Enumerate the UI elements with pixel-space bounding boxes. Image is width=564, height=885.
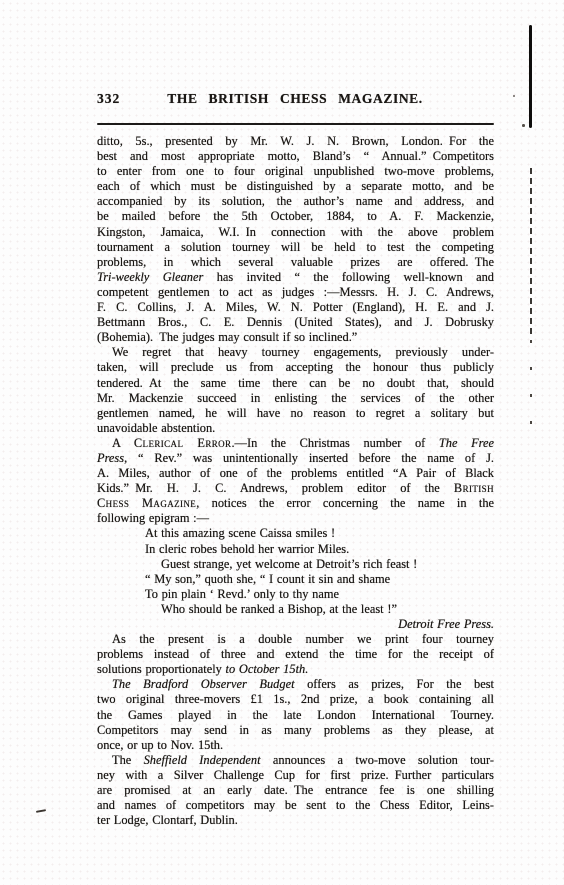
- text-line: problems, in which several valuable priz…: [97, 255, 494, 270]
- text-run: , “ Rev.” was unintentionally inserted b…: [124, 451, 494, 465]
- text-line: each of which must be distinguished by a…: [97, 179, 494, 194]
- text-run: Bettmann Bros., C. E. Dennis (United Sta…: [97, 315, 494, 329]
- text-line: Bettmann Bros., C. E. Dennis (United Sta…: [97, 315, 494, 330]
- text-run: accompanied by its solution, the author’…: [97, 194, 494, 208]
- text-run: To pin plain ‘ Revd.’ only to thy name: [145, 587, 339, 601]
- text-line: Tri-weekly Gleaner has invited “ the fol…: [97, 270, 494, 285]
- text-run: We regret that heavy tourney engagements…: [112, 345, 494, 359]
- text-line: We regret that heavy tourney engagements…: [97, 345, 494, 360]
- magazine-page: 332 THE BRITISH CHESS MAGAZINE. ditto, 5…: [0, 0, 564, 885]
- text-line: ney with a Silver Challenge Cup for firs…: [97, 768, 494, 783]
- text-line: tournament a solution tourney will be he…: [97, 240, 494, 255]
- text-line: problems instead of three and extend the…: [97, 647, 494, 662]
- text-run: ney with a Silver Challenge Cup for firs…: [97, 768, 494, 782]
- text-run: Who should be ranked a Bishop, at the le…: [161, 602, 397, 616]
- text-run: Kids.” Mr. H. J. C. Andrews, problem edi…: [97, 481, 454, 495]
- text-line: The Bradford Observer Budget offers as p…: [97, 677, 494, 692]
- text-line: Chess Magazine, notices the error concer…: [97, 496, 494, 511]
- text-run: announces a two-move solution tour-: [261, 753, 494, 767]
- italic-text: Detroit Free Press.: [398, 617, 494, 631]
- text-run: gentlemen named, he will have no reason …: [97, 406, 494, 420]
- text-line: ditto, 5s., presented by Mr. W. J. N. Br…: [97, 134, 494, 149]
- text-run: (Bohemia). The judges may consult if so …: [97, 330, 357, 344]
- text-line: and names of competitors may be sent to …: [97, 798, 494, 813]
- text-line: tendered. At the same time there can be …: [97, 376, 494, 391]
- text-line: once, or up to Nov. 15th.: [97, 738, 494, 753]
- italic-text: Tri-weekly Gleaner: [97, 270, 203, 284]
- text-line: are promised at an early date. The entra…: [97, 783, 494, 798]
- italic-text: Sheffield Independent: [144, 753, 261, 767]
- text-line: Mr. Mackenzie succeed in enlisting the s…: [97, 391, 494, 406]
- text-run: ter Lodge, Clontarf, Dublin.: [97, 813, 238, 827]
- italic-text: The Bradford Observer Budget: [112, 677, 295, 691]
- text-line: At this amazing scene Caissa smiles !: [97, 526, 494, 541]
- text-run: As the present is a double number we pri…: [112, 632, 494, 646]
- text-line: accompanied by its solution, the author’…: [97, 194, 494, 209]
- scan-artifact-edge-line: [529, 25, 532, 128]
- text-line: best and most appropriate motto, Bland’s…: [97, 149, 494, 164]
- text-run: be mailed before the 5th October, 1884, …: [97, 209, 494, 223]
- text-line: F. C. Collins, J. A. Miles, W. N. Potter…: [97, 300, 494, 315]
- text-run: solutions proportionately: [97, 662, 226, 676]
- text-line: the Games played in the late London Inte…: [97, 708, 494, 723]
- text-line: gentlemen named, he will have no reason …: [97, 406, 494, 421]
- text-line: In cleric robes behold her warrior Miles…: [97, 542, 494, 557]
- text-line: To pin plain ‘ Revd.’ only to thy name: [97, 587, 494, 602]
- text-line: Competitors may send in as many problems…: [97, 723, 494, 738]
- text-run: are promised at an early date. The entra…: [97, 783, 494, 797]
- text-line: taken, will preclude us from accepting t…: [97, 360, 494, 375]
- text-run: The: [112, 753, 144, 767]
- italic-text: Press: [97, 451, 124, 465]
- text-run: once, or up to Nov. 15th.: [97, 738, 223, 752]
- text-line: Press, “ Rev.” was unintentionally inser…: [97, 451, 494, 466]
- text-run: unavoidable abstention.: [97, 421, 215, 435]
- text-line: A. Miles, author of one of the problems …: [97, 466, 494, 481]
- header-rule: [97, 123, 494, 125]
- text-run: Competitors may send in as many problems…: [97, 723, 494, 737]
- text-run: problems instead of three and extend the…: [97, 647, 494, 661]
- text-run: ditto, 5s., presented by Mr. W. J. N. Br…: [97, 134, 494, 148]
- text-run: Guest strange, yet welcome at Detroit’s …: [161, 557, 417, 571]
- text-line: Guest strange, yet welcome at Detroit’s …: [97, 557, 494, 572]
- text-run: taken, will preclude us from accepting t…: [97, 360, 494, 374]
- scan-artifact-dash: [36, 809, 46, 813]
- text-line: A Clerical Error.—In the Christmas numbe…: [97, 436, 494, 451]
- text-run: competent gentlemen to act as judges :—M…: [97, 285, 494, 299]
- text-run: Mr. Mackenzie succeed in enlisting the s…: [97, 391, 494, 405]
- text-line: The Sheffield Independent announces a tw…: [97, 753, 494, 768]
- text-run: tendered. At the same time there can be …: [97, 376, 494, 390]
- text-run: “ My son,” quoth she, “ I count it sin a…: [145, 572, 390, 586]
- body-text: ditto, 5s., presented by Mr. W. J. N. Br…: [97, 134, 494, 828]
- smallcaps-text: Chess Magazine: [97, 496, 196, 510]
- text-run: following epigram :—: [97, 511, 209, 525]
- text-run: the Games played in the late London Inte…: [97, 708, 494, 722]
- scan-artifact-edge-line-broken: [530, 168, 532, 335]
- smallcaps-text: Clerical Error: [134, 436, 232, 450]
- text-line: (Bohemia). The judges may consult if so …: [97, 330, 494, 345]
- text-run: .—In the Christmas number of: [231, 436, 438, 450]
- text-line: unavoidable abstention.: [97, 421, 494, 436]
- text-line: “ My son,” quoth she, “ I count it sin a…: [97, 572, 494, 587]
- text-line: to enter from one to four original unpub…: [97, 164, 494, 179]
- text-run: A. Miles, author of one of the problems …: [97, 466, 494, 480]
- text-run: At this amazing scene Caissa smiles !: [145, 526, 335, 540]
- text-run: F. C. Collins, J. A. Miles, W. N. Potter…: [97, 300, 494, 314]
- text-line: solutions proportionately to October 15t…: [97, 662, 494, 677]
- text-run: has invited “ the following well-known a…: [203, 270, 494, 284]
- text-run: to enter from one to four original unpub…: [97, 164, 494, 178]
- text-run: and names of competitors may be sent to …: [97, 798, 494, 812]
- text-run: two original three-movers £1 1s., 2nd pr…: [97, 692, 494, 706]
- italic-text: The Free: [439, 436, 494, 450]
- scan-artifact-speck: [522, 124, 525, 127]
- scan-artifact-edge-specks: [530, 340, 532, 435]
- text-run: , notices the error concerning the name …: [196, 496, 494, 510]
- text-line: following epigram :—: [97, 511, 494, 526]
- text-line: Who should be ranked a Bishop, at the le…: [97, 602, 494, 617]
- text-run: In cleric robes behold her warrior Miles…: [145, 542, 349, 556]
- text-line: Kingston, Jamaica, W.I. In connection wi…: [97, 225, 494, 240]
- scan-artifact-speck: [513, 95, 515, 97]
- text-run: best and most appropriate motto, Bland’s…: [97, 149, 494, 163]
- page-title: THE BRITISH CHESS MAGAZINE.: [97, 91, 493, 107]
- text-line: two original three-movers £1 1s., 2nd pr…: [97, 692, 494, 707]
- text-run: each of which must be distinguished by a…: [97, 179, 494, 193]
- smallcaps-text: British: [454, 481, 494, 495]
- text-line: Detroit Free Press.: [97, 617, 494, 632]
- text-line: Kids.” Mr. H. J. C. Andrews, problem edi…: [97, 481, 494, 496]
- text-column: ditto, 5s., presented by Mr. W. J. N. Br…: [97, 134, 494, 828]
- text-run: offers as prizes, For the best: [295, 677, 494, 691]
- text-line: competent gentlemen to act as judges :—M…: [97, 285, 494, 300]
- text-line: be mailed before the 5th October, 1884, …: [97, 209, 494, 224]
- text-run: problems, in which several valuable priz…: [97, 255, 494, 269]
- text-line: ter Lodge, Clontarf, Dublin.: [97, 813, 494, 828]
- text-run: tournament a solution tourney will be he…: [97, 240, 494, 254]
- text-run: A: [112, 436, 134, 450]
- text-run: Kingston, Jamaica, W.I. In connection wi…: [97, 225, 494, 239]
- italic-text: to October 15th.: [226, 662, 309, 676]
- text-line: As the present is a double number we pri…: [97, 632, 494, 647]
